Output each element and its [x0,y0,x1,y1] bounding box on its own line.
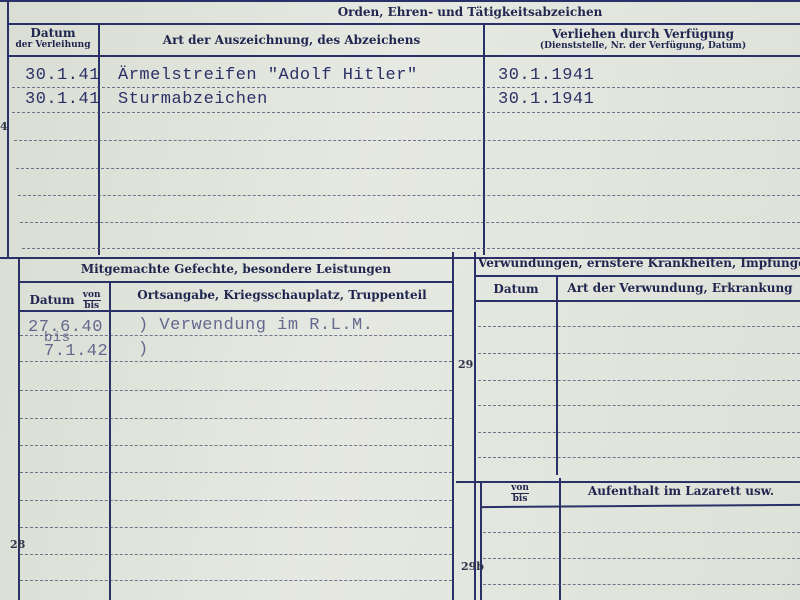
row-line [20,222,800,223]
award-name-2: Sturmabzeichen [118,90,268,109]
von-bis-fraction: vonbis [511,483,529,504]
column-divider [474,252,476,600]
section-title-engagements: Mitgemachte Gefechte, besondere Leistung… [20,262,452,276]
header-bottom-rule [19,310,453,312]
header-conferred-sub: (Dienststelle, Nr. der Verfügung, Datum) [486,41,800,51]
field-number-28: 28 [10,538,25,551]
row-line [20,527,452,528]
row-line [20,554,452,555]
row-line [478,353,800,354]
award-conferred-1: 30.1.1941 [498,66,594,85]
award-name-1: Ärmelstreifen "Adolf Hitler" [118,66,418,85]
row-line [20,472,452,473]
header-wound-date: Datum [478,282,554,296]
row-line [20,390,452,391]
column-divider [556,275,558,475]
von-bis-fraction: vonbis [83,290,101,311]
engagement-place-close: ) [138,340,149,359]
section-title-awards: Orden, Ehren- und Tätigkeitsabzeichen [240,5,700,19]
row-line [483,584,800,585]
row-line [20,361,452,362]
row-line [478,405,800,406]
field-number-4: 4 [0,120,8,133]
row-line [20,445,452,446]
header-von-bis: vonbis [482,483,558,504]
divider [476,275,800,277]
header-wound-type: Art der Verwundung, Erkrankung [560,281,800,295]
row-line [22,248,800,249]
engagement-place: ) Verwendung im R.L.M. [138,316,373,335]
row-line [14,140,800,141]
award-conferred-2: 30.1.1941 [498,90,594,109]
row-line [12,112,800,113]
header-hospital-stay: Aufenthalt im Lazarett usw. [562,484,800,498]
column-divider [109,283,111,600]
column-divider [483,23,485,255]
row-line [18,195,800,196]
row-line [478,380,800,381]
award-date-1: 30.1.41 [25,66,100,85]
field-number-29b: 29b [461,560,484,573]
divider [8,23,800,25]
row-line [16,168,800,169]
row-line [483,558,800,559]
header-datum-von-bis: Datum vonbis [22,290,108,311]
field-number-29: 29 [458,358,473,371]
row-line [20,500,452,501]
row-line [478,457,800,458]
top-border [0,0,800,2]
row-line [483,532,800,533]
header-place: Ortsangabe, Kriegsschauplatz, Truppentei… [112,288,452,302]
header-conferred: Verliehen durch Verfügung [486,27,800,41]
row-line [12,87,800,88]
column-divider [98,23,100,255]
header-datum: Datum [29,293,74,307]
row-line [20,418,452,419]
header-datum-sub: der Verleihung [10,40,96,50]
row-line [20,580,452,581]
divider [19,281,453,283]
row-line [478,326,800,327]
column-divider [452,252,454,600]
row-line [478,432,800,433]
header-award-type: Art der Auszeichnung, des Abzeichens [100,33,483,47]
header-datum: Datum [10,26,96,40]
row-line [20,335,452,336]
award-date-2: 30.1.41 [25,90,100,109]
header-bottom-rule [8,55,800,57]
engagement-date-to: 7.1.42 [44,342,108,361]
column-divider [559,478,561,600]
header-bottom-rule [476,300,800,302]
section-title-wounds: Verwundungen, ernstere Krankheiten, Impf… [478,256,800,270]
